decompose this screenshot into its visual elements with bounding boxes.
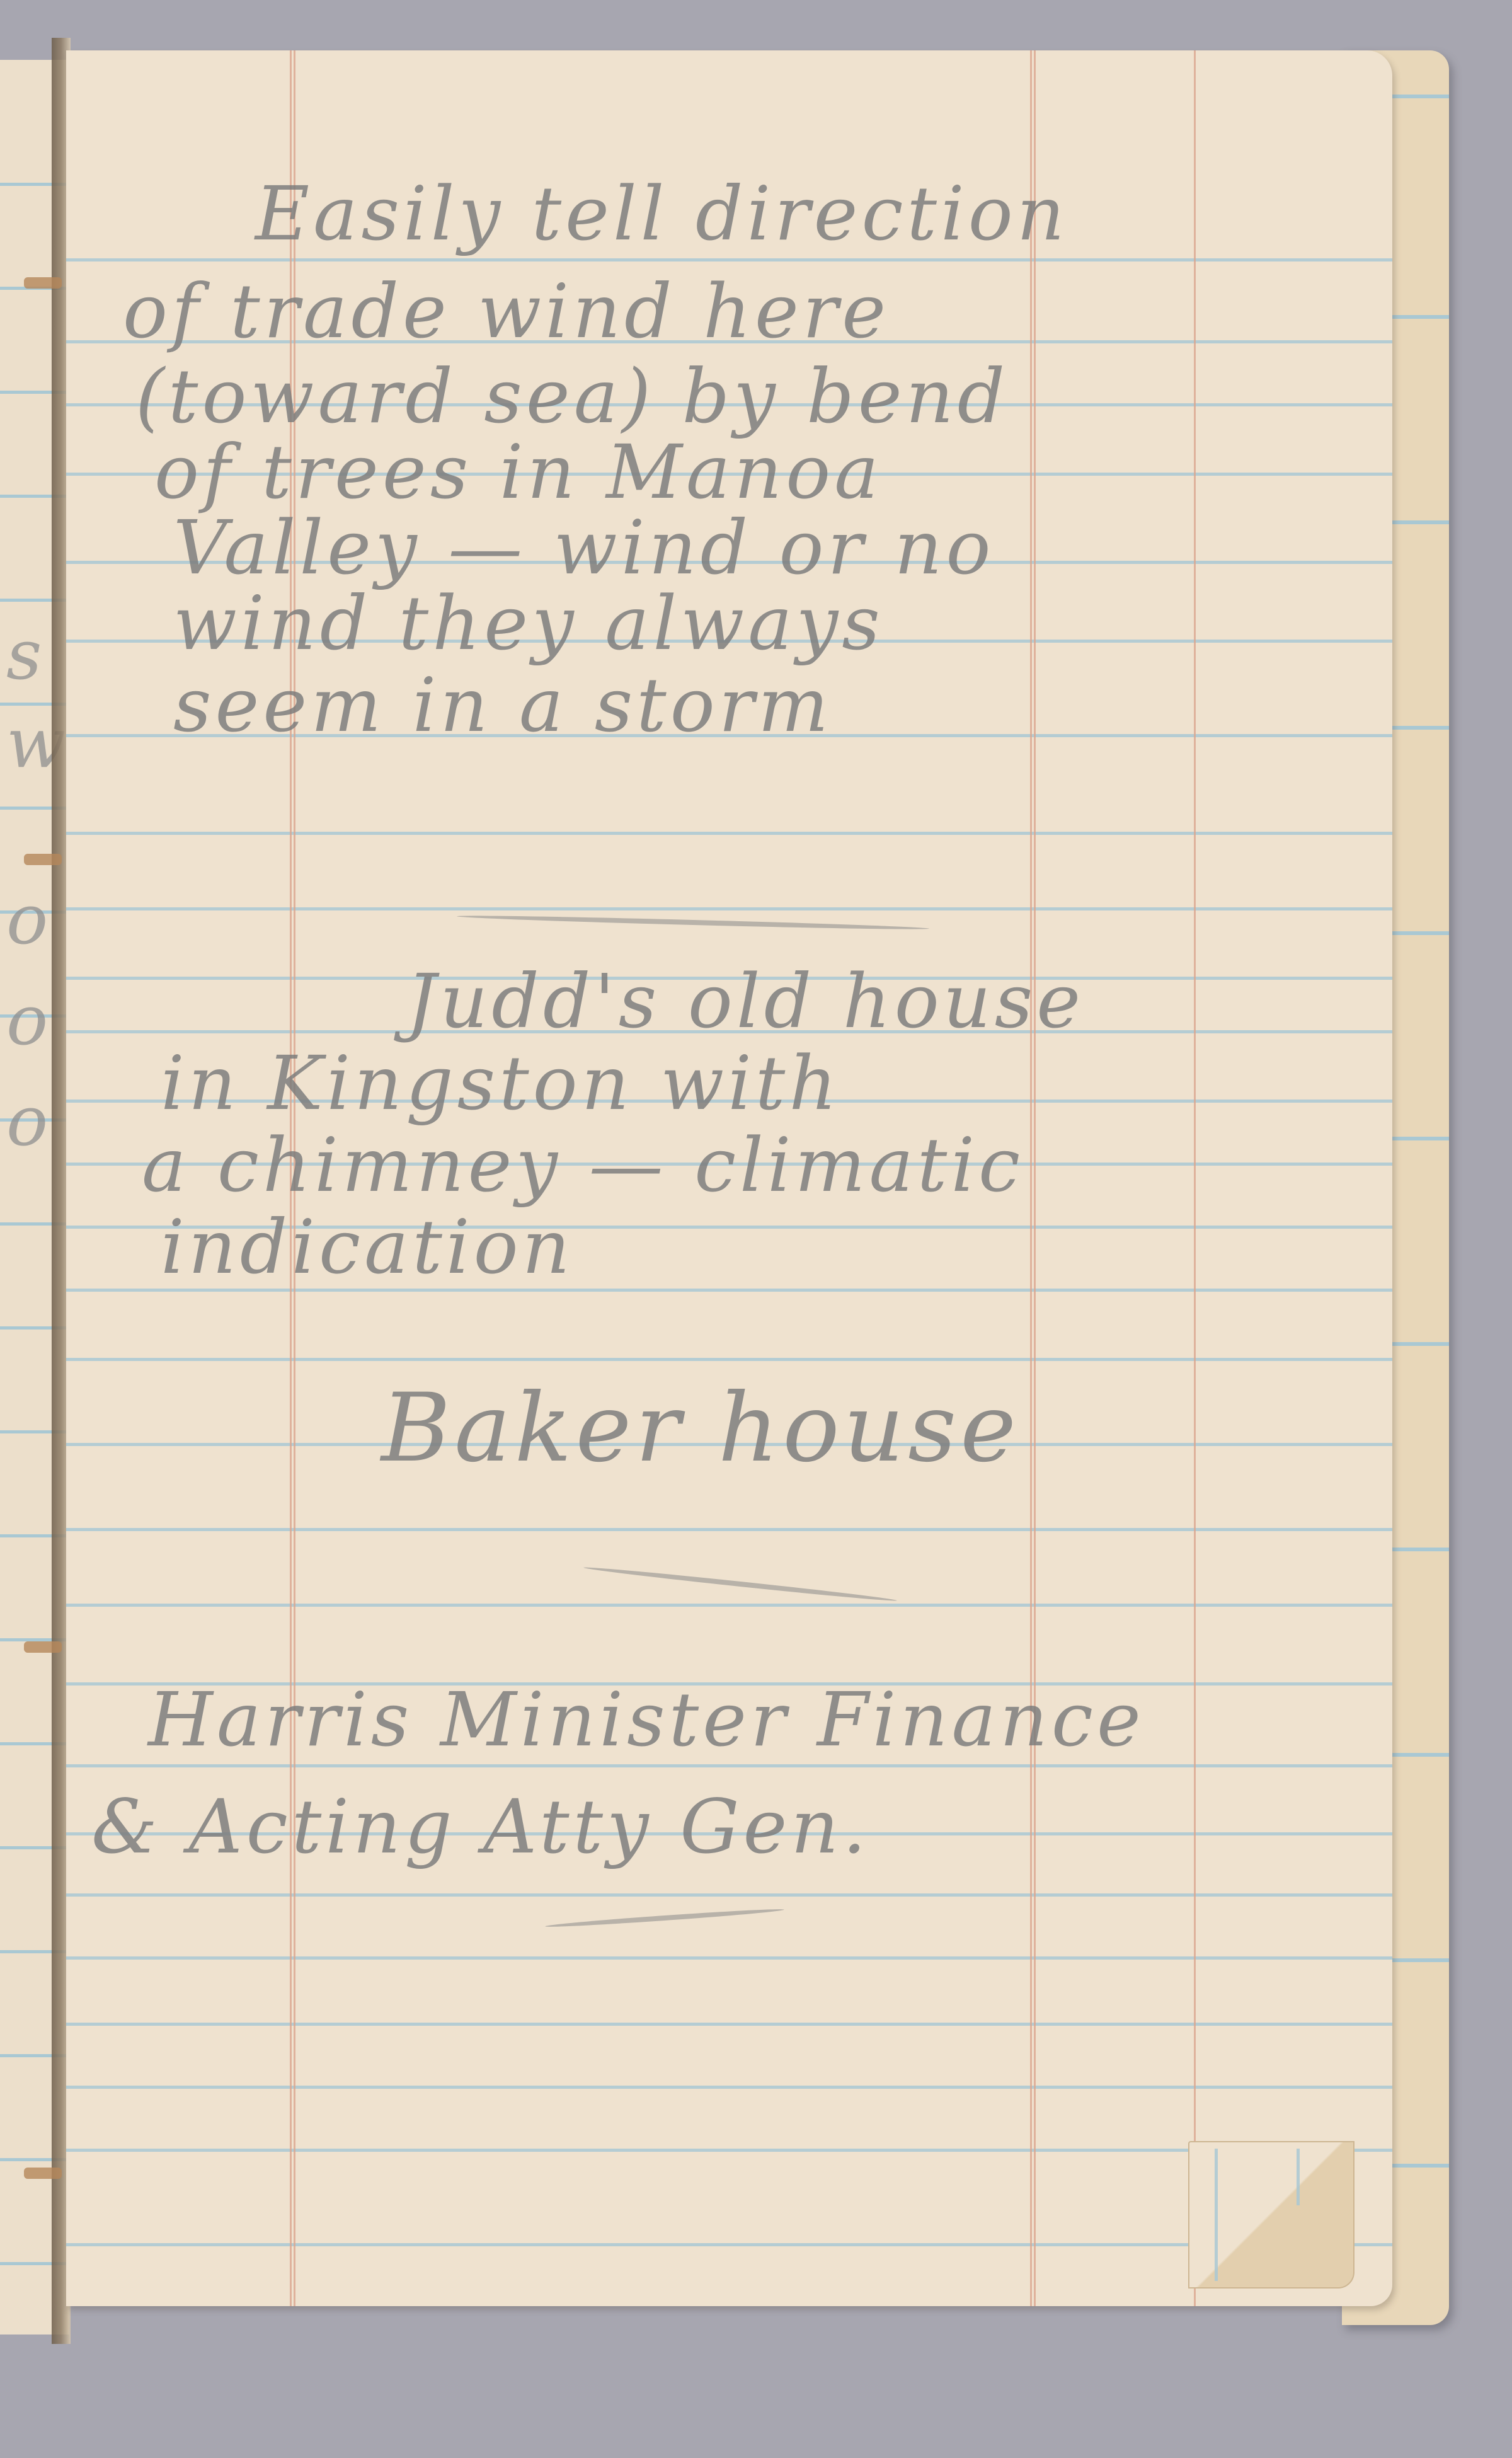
fragment-letter: o (6, 1081, 48, 1161)
folded-corner (1188, 2141, 1354, 2289)
divider-flourish (545, 1907, 784, 1929)
handwritten-line: in Kingston with (161, 1040, 840, 1127)
handwritten-line: seem in a storm (173, 662, 832, 749)
binding-staple (24, 2168, 62, 2179)
handwritten-line: Valley — wind or no (173, 504, 995, 591)
handwritten-line: of trade wind here (123, 268, 890, 355)
column-rule (1194, 50, 1196, 2306)
handwritten-line: Judd's old house (406, 958, 1084, 1045)
column-rule (1030, 50, 1032, 2306)
divider-flourish (457, 914, 929, 931)
fragment-letter: o (6, 980, 48, 1060)
column-rule (1034, 50, 1036, 2306)
handwritten-line: wind they always (173, 580, 884, 667)
binding-staple (24, 277, 62, 289)
handwritten-line: a chimney — climatic (142, 1122, 1024, 1209)
handwritten-line: of trees in Manoa (154, 428, 883, 515)
fragment-letter: o (6, 879, 48, 960)
notebook-page: Easily tell direction of trade wind here… (66, 50, 1392, 2306)
binding-staple (24, 854, 62, 865)
fragment-letter: s (6, 614, 42, 695)
handwritten-line: indication (161, 1203, 574, 1290)
divider-flourish (583, 1565, 897, 1603)
handwritten-line: Harris Minister Finance (148, 1676, 1145, 1763)
handwritten-line: (toward sea) by bend (135, 353, 1009, 440)
handwritten-line: Baker house (381, 1374, 1020, 1483)
handwritten-line: Easily tell direction (255, 170, 1068, 257)
binding-staple (24, 1641, 62, 1653)
handwritten-line: & Acting Atty Gen. (91, 1783, 870, 1870)
